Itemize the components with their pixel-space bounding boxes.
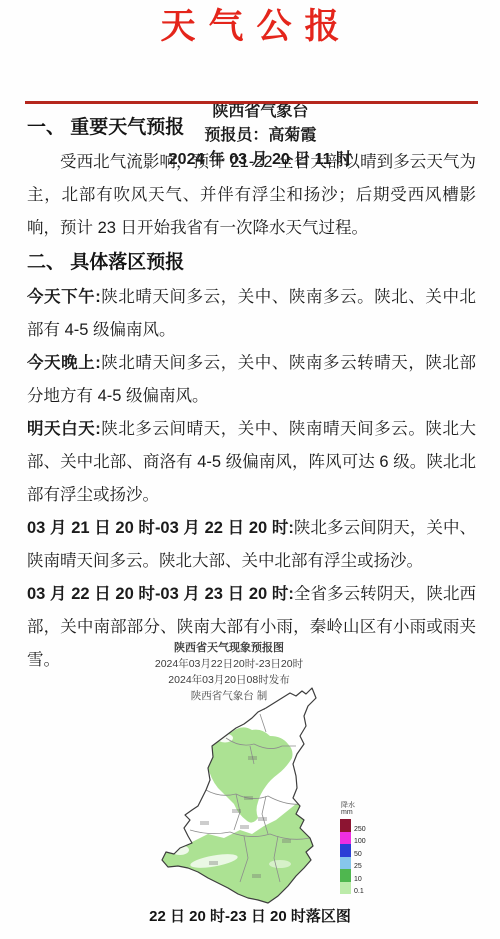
map-caption-period: 2024年03月22日20时-23日20时 <box>0 656 458 672</box>
legend-row: 50 <box>340 844 380 857</box>
legend-swatch-100 <box>340 832 351 845</box>
bulletin-body: 一、 重要天气预报 受西北气流影响，预计 21-22 全省大部以晴到多云天气为主… <box>27 110 476 677</box>
legend-title: 降水 <box>341 802 380 809</box>
map-caption-title: 陕西省天气现象预报图 <box>0 640 458 656</box>
section-heading-important-forecast: 一、 重要天气预报 <box>27 110 476 146</box>
legend-swatch-10 <box>340 869 351 882</box>
map-bottom-caption: 22 日 20 时-23 日 20 时落区图 <box>0 907 500 927</box>
legend-label: 0.1 <box>354 888 364 895</box>
forecast-paragraph-this-afternoon: 今天下午:陕北晴天间多云，关中、陕南多云。陕北、关中北部有 4-5 级偏南风。 <box>27 281 476 347</box>
forecast-paragraph-tonight: 今天晚上:陕北晴天间多云，关中、陕南多云转晴天，陕北部分地方有 4-5 级偏南风… <box>27 347 476 413</box>
legend-label: 10 <box>354 876 362 883</box>
legend-row: 100 <box>340 832 380 845</box>
legend-row: 25 <box>340 857 380 870</box>
paragraph-lead: 今天晚上: <box>27 354 101 372</box>
page-title: 天气公报 <box>0 5 500 49</box>
legend-swatch-25 <box>340 857 351 870</box>
paragraph-lead: 03 月 21 日 20 时-03 月 22 日 20 时: <box>27 519 294 537</box>
forecast-paragraph-21st-22nd: 03 月 21 日 20 时-03 月 22 日 20 时:陕北多云间阴天，关中… <box>27 512 476 578</box>
legend-label: 100 <box>354 838 366 845</box>
legend-swatch-50 <box>340 844 351 857</box>
legend-row: 10 <box>340 869 380 882</box>
weather-bulletin-page: 天气公报 陕西省气象台 预报员：高菊霞 2024 年 03 月 20 日 11 … <box>0 0 500 939</box>
section-heading-area-forecast: 二、 具体落区预报 <box>27 245 476 281</box>
legend-row: 0.1 <box>340 882 380 895</box>
legend-unit: mm <box>341 809 380 816</box>
legend-label: 50 <box>354 851 362 858</box>
dry-patch-ankang <box>269 860 291 868</box>
legend-label: 250 <box>354 826 366 833</box>
paragraph-lead: 明天白天: <box>27 420 101 438</box>
legend-label: 25 <box>354 863 362 870</box>
paragraph-lead: 今天下午: <box>27 288 101 306</box>
precip-map-figure: 陕西省天气现象预报图 2024年03月22日20时-23日20时 2024年03… <box>0 640 500 922</box>
legend-swatch-250 <box>340 819 351 832</box>
legend-row: 250 <box>340 819 380 832</box>
red-divider-rule <box>25 101 478 104</box>
legend-swatch-0-1 <box>340 882 351 895</box>
important-forecast-paragraph: 受西北气流影响，预计 21-22 全省大部以晴到多云天气为主，北部有吹风天气、并… <box>27 146 476 245</box>
paragraph-lead: 03 月 22 日 20 时-03 月 23 日 20 时: <box>27 585 294 603</box>
forecast-paragraph-tomorrow-day: 明天白天:陕北多云间晴天，关中、陕南晴天间多云。陕北大部、关中北部、商洛有 4-… <box>27 413 476 512</box>
map-legend: 降水 mm 250 100 50 25 10 <box>340 802 380 894</box>
